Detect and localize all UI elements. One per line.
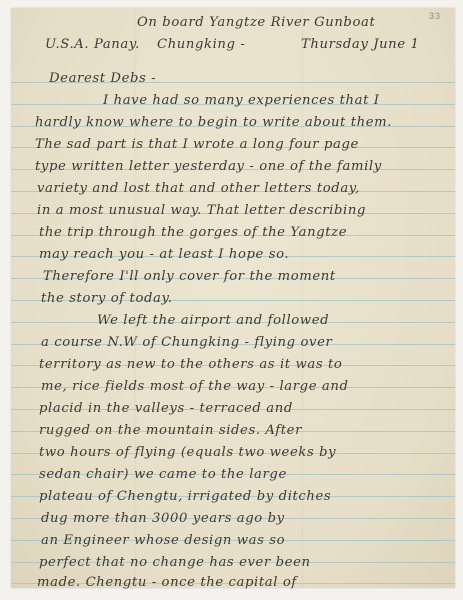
letter-page: 33 On board Yangtze River Gunboat U.S.A.… (11, 8, 455, 588)
body-line: territory as new to the others as it was… (39, 357, 342, 372)
body-line: plateau of Chengtu, irrigated by ditches (39, 489, 331, 504)
body-line: an Engineer whose design was so (41, 533, 285, 548)
body-line: variety and lost that and other letters … (37, 181, 360, 196)
body-line: may reach you - at least I hope so. (39, 247, 289, 262)
body-line: I have had so many experiences that I (103, 93, 380, 108)
body-line: hardly know where to begin to write abou… (35, 115, 392, 130)
body-line: in a most unusual way. That letter descr… (37, 203, 366, 218)
body-line: sedan chair) we came to the large (39, 467, 287, 482)
body-line: made. Chengtu - once the capital of (37, 575, 297, 590)
header-ship-name: U.S.A. Panay. (45, 37, 140, 52)
body-line: me, rice fields most of the way - large … (41, 379, 348, 394)
body-line: dug more than 3000 years ago by (41, 511, 285, 526)
body-line: Therefore I'll only cover for the moment (43, 269, 336, 284)
page-number: 33 (429, 11, 441, 21)
body-line: a course N.W of Chungking - flying over (41, 335, 332, 350)
body-line: two hours of flying (equals two weeks by (39, 445, 336, 460)
body-line: the trip through the gorges of the Yangt… (39, 225, 347, 240)
body-line: the story of today. (41, 291, 173, 306)
body-line: perfect that no change has ever been (39, 555, 311, 570)
body-line: The sad part is that I wrote a long four… (35, 137, 359, 152)
body-line: type written letter yesterday - one of t… (35, 159, 382, 174)
salutation: Dearest Debs - (49, 71, 156, 86)
body-line: rugged on the mountain sides. After (39, 423, 302, 438)
header-vessel: On board Yangtze River Gunboat (137, 15, 375, 30)
header-location: Chungking - (157, 37, 245, 52)
header-date: Thursday June 1 (301, 37, 419, 52)
body-line: We left the airport and followed (97, 313, 329, 328)
body-line: placid in the valleys - terraced and (39, 401, 293, 416)
